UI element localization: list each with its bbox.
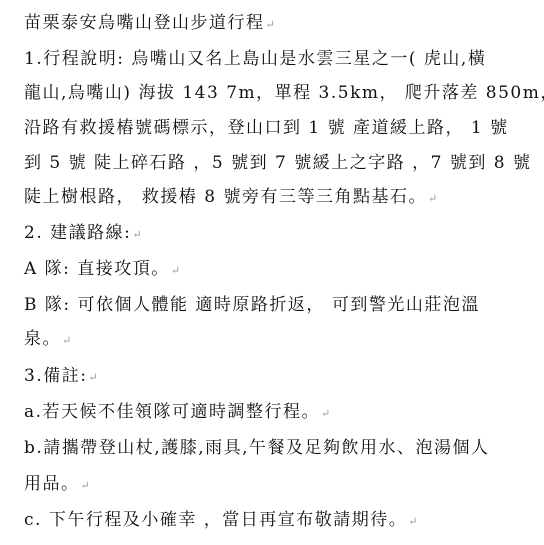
section-2-routes: 2. 建議路線:↵ [24, 218, 143, 243]
line-text: 用品。 [24, 474, 80, 494]
line-text: B 隊: 可依個人體能 適時原路折返， 可到警光山莊泡溫 [24, 295, 480, 315]
route-a: A 隊: 直接攻頂。↵ [24, 254, 182, 279]
line-text: 2. 建議路線: [24, 223, 131, 243]
text-line: 泉。↵ [24, 324, 73, 349]
note-b: b.請攜帶登山杖,護膝,雨具,午餐及足夠飲用水、泡湯個人 [24, 433, 490, 458]
line-text: c. 下午行程及小確幸 ，當日再宣布敬請期待。 [24, 510, 407, 530]
line-text: 龍山,烏嘴山) 海拔 143 7m，單程 3.5km， 爬升落差 850m， [24, 83, 544, 103]
paragraph-mark-icon: ↵ [88, 371, 99, 384]
paragraph-mark-icon: ↵ [81, 479, 92, 492]
line-text: 1.行程說明: 烏嘴山又名上島山是水雲三星之一( 虎山,橫 [24, 49, 486, 69]
line-text: 到 5 號 陡上碎石路 ，5 號到 7 號緩上之字路 ，7 號到 8 號 [24, 153, 532, 173]
paragraph-mark-icon: ↵ [428, 192, 439, 205]
line-text: 沿路有救援樁號碼標示，登山口到 1 號 產道緩上路， 1 號 [24, 118, 509, 138]
paragraph-mark-icon: ↵ [266, 18, 277, 31]
document-title: 苗栗泰安烏嘴山登山步道行程↵ [24, 8, 276, 33]
text-line: 陡上樹根路， 救援樁 8 號旁有三等三角點基石。↵ [24, 182, 439, 207]
section-1-itinerary: 1.行程說明: 烏嘴山又名上島山是水雲三星之一( 虎山,橫 [24, 44, 486, 69]
line-text: a.若天候不佳領隊可適時調整行程。 [24, 402, 320, 422]
text-line: 用品。↵ [24, 469, 91, 494]
text-line: 到 5 號 陡上碎石路 ，5 號到 7 號緩上之字路 ，7 號到 8 號 [24, 148, 532, 173]
note-c: c. 下午行程及小確幸 ，當日再宣布敬請期待。↵ [24, 505, 419, 530]
route-b: B 隊: 可依個人體能 適時原路折返， 可到警光山莊泡溫 [24, 290, 480, 315]
paragraph-mark-icon: ↵ [408, 515, 419, 528]
line-text: 泉。 [24, 329, 61, 349]
text-line: 沿路有救援樁號碼標示，登山口到 1 號 產道緩上路， 1 號 [24, 113, 509, 138]
paragraph-mark-icon: ↵ [62, 334, 73, 347]
document-page: 苗栗泰安烏嘴山登山步道行程↵ 1.行程說明: 烏嘴山又名上島山是水雲三星之一( … [0, 0, 544, 545]
line-text: A 隊: 直接攻頂。 [24, 259, 170, 279]
line-text: 3.備註: [24, 366, 87, 386]
paragraph-mark-icon: ↵ [171, 264, 182, 277]
section-3-notes: 3.備註:↵ [24, 361, 99, 386]
line-text: 陡上樹根路， 救援樁 8 號旁有三等三角點基石。 [24, 187, 427, 207]
note-a: a.若天候不佳領隊可適時調整行程。↵ [24, 397, 332, 422]
paragraph-mark-icon: ↵ [132, 228, 143, 241]
paragraph-mark-icon: ↵ [321, 407, 332, 420]
line-text: 苗栗泰安烏嘴山登山步道行程 [24, 13, 265, 33]
text-line: 龍山,烏嘴山) 海拔 143 7m，單程 3.5km， 爬升落差 850m， [24, 78, 544, 103]
line-text: b.請攜帶登山杖,護膝,雨具,午餐及足夠飲用水、泡湯個人 [24, 438, 490, 458]
